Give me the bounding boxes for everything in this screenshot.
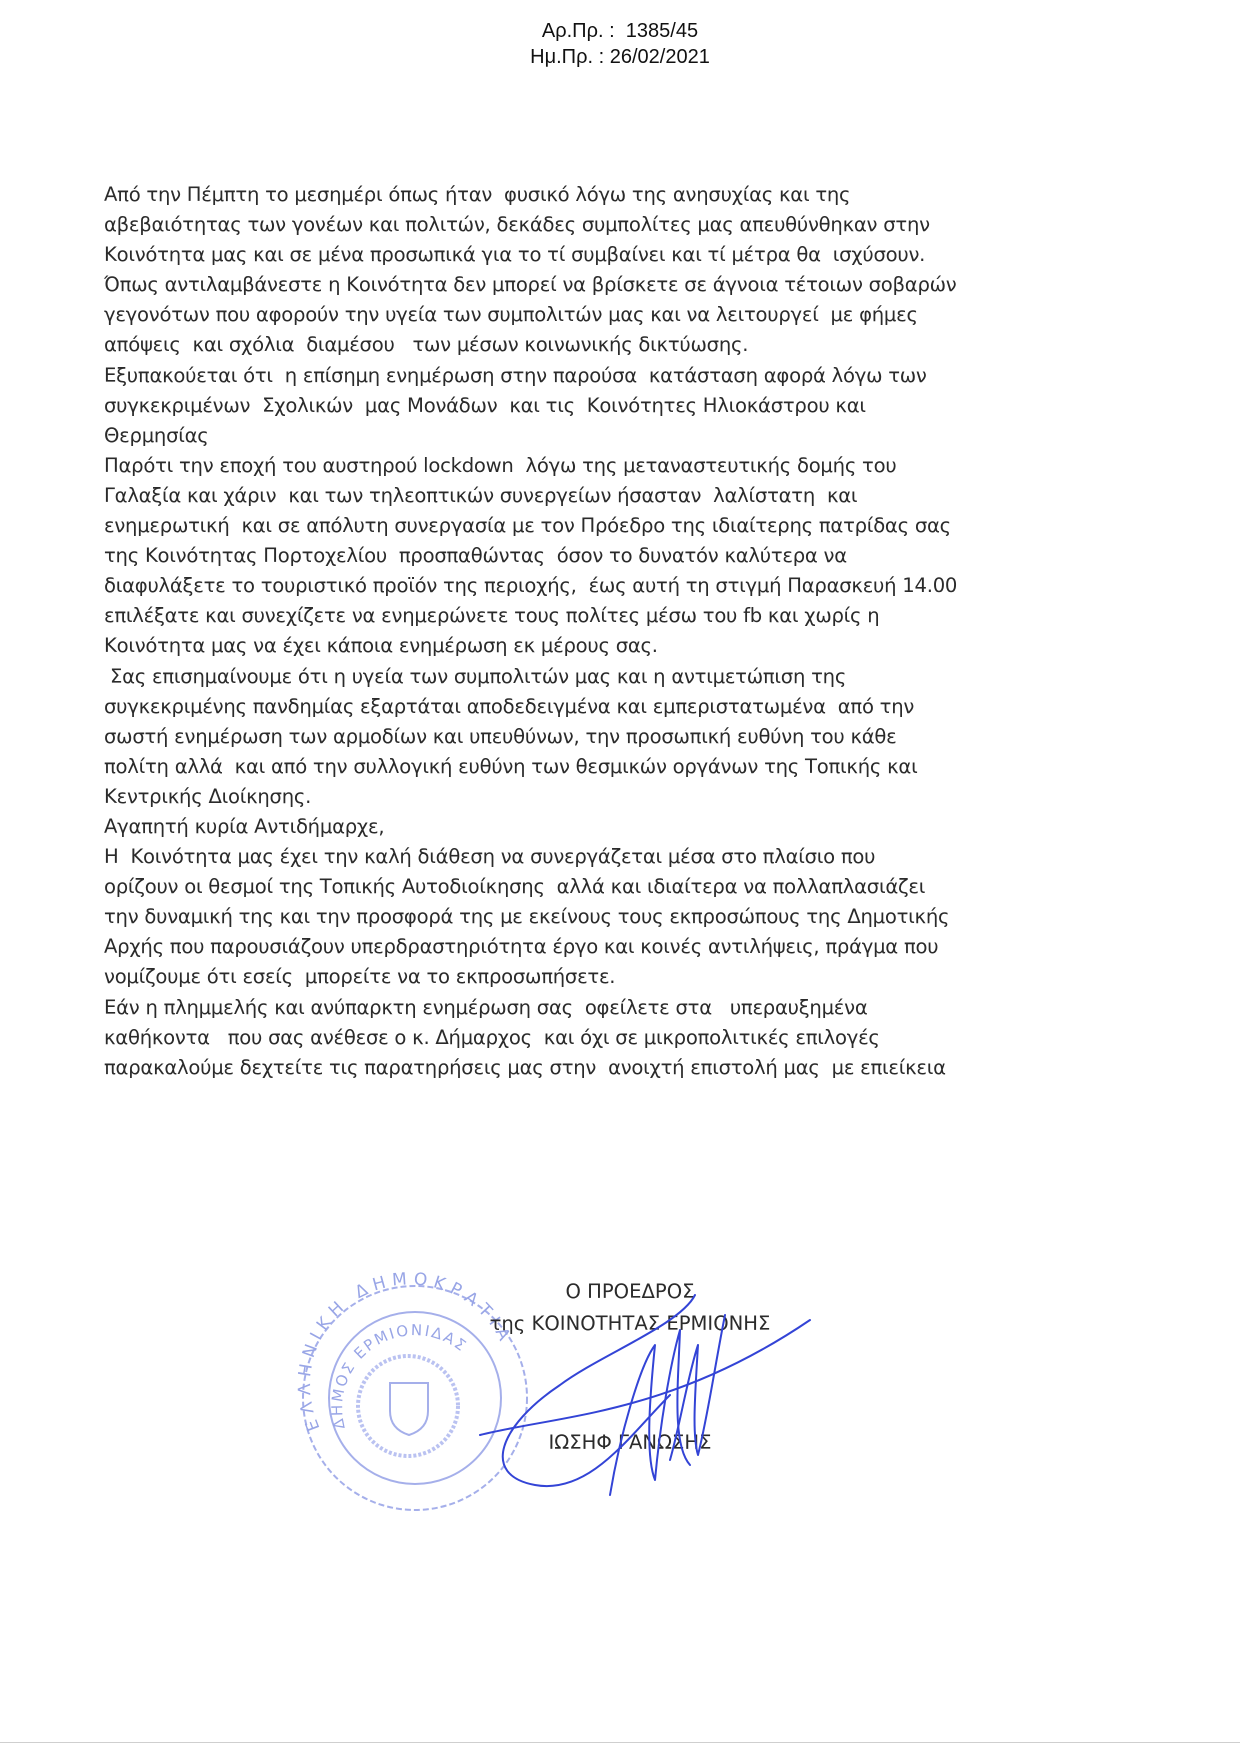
- body-line: πολίτη αλλά και από την συλλογική ευθύνη…: [104, 752, 1114, 782]
- body-line: Παρότι την εποχή του αυστηρού lockdown λ…: [104, 451, 1114, 481]
- protocol-date-row: Ημ.Πρ. : 26/02/2021: [470, 44, 770, 70]
- handwritten-signature-icon: [440, 1285, 820, 1505]
- body-line: Σας επισημαίνουμε ότι η υγεία των συμπολ…: [104, 662, 1114, 692]
- body-line: Εξυπακούεται ότι η επίσημη ενημέρωση στη…: [104, 361, 1114, 391]
- body-line: ενημερωτική και σε απόλυτη συνεργασία με…: [104, 511, 1114, 541]
- protocol-date: 26/02/2021: [610, 46, 710, 68]
- body-line: νομίζουμε ότι εσείς μπορείτε να το εκπρο…: [104, 962, 1114, 992]
- body-line: διαφυλάξετε το τουριστικό προϊόν της περ…: [104, 571, 1114, 601]
- body-line: αβεβαιότητας των γονέων και πολιτών, δεκ…: [104, 210, 1114, 240]
- protocol-date-label: Ημ.Πρ. :: [530, 46, 604, 68]
- body-line: απόψεις και σχόλια διαμέσου των μέσων κο…: [104, 330, 1114, 360]
- body-line: Θερμησίας: [104, 421, 1114, 451]
- body-line: Κοινότητα μας και σε μένα προσωπικά για …: [104, 240, 1114, 270]
- body-line: την δυναμική της και την προσφορά της με…: [104, 902, 1114, 932]
- body-line: συγκεκριμένης πανδημίας εξαρτάται αποδεδ…: [104, 692, 1114, 722]
- body-line: παρακαλούμε δεχτείτε τις παρατηρήσεις μα…: [104, 1053, 1114, 1083]
- body-line: ορίζουν οι θεσμοί της Τοπικής Αυτοδιοίκη…: [104, 872, 1114, 902]
- body-line: καθήκοντα που σας ανέθεσε ο κ. Δήμαρχος …: [104, 1023, 1114, 1053]
- body-line: γεγονότων που αφορούν την υγεία των συμπ…: [104, 300, 1114, 330]
- body-line: Κεντρικής Διοίκησης.: [104, 782, 1114, 812]
- body-line: Από την Πέμπτη το μεσημέρι όπως ήταν φυσ…: [104, 180, 1114, 210]
- body-line: Κοινότητα μας να έχει κάποια ενημέρωση ε…: [104, 631, 1114, 661]
- body-line: Γαλαξία και χάριν και των τηλεοπτικών συ…: [104, 481, 1114, 511]
- protocol-reference: Αρ.Πρ. : 1385/45 Ημ.Πρ. : 26/02/2021: [470, 18, 770, 70]
- body-line: Η Κοινότητα μας έχει την καλή διάθεση να…: [104, 842, 1114, 872]
- body-line: Αρχής που παρουσιάζουν υπερδραστηριότητα…: [104, 932, 1114, 962]
- body-line: Όπως αντιλαμβάνεστε η Κοινότητα δεν μπορ…: [104, 270, 1114, 300]
- body-line: επιλέξατε και συνεχίζετε να ενημερώνετε …: [104, 601, 1114, 631]
- greeting-line: Αγαπητή κυρία Αντιδήμαρχε,: [104, 812, 1114, 842]
- protocol-number-row: Αρ.Πρ. : 1385/45: [470, 18, 770, 44]
- page-edge-divider: [0, 1742, 1240, 1743]
- protocol-number: 1385/45: [626, 20, 698, 42]
- body-line: συγκεκριμένων Σχολικών μας Μονάδων και τ…: [104, 391, 1114, 421]
- body-line: σωστή ενημέρωση των αρμοδίων και υπευθύν…: [104, 722, 1114, 752]
- letter-body: Από την Πέμπτη το μεσημέρι όπως ήταν φυσ…: [104, 180, 1114, 1083]
- protocol-number-label: Αρ.Πρ. :: [542, 20, 615, 42]
- body-line: της Κοινότητας Πορτοχελίου προσπαθώντας …: [104, 541, 1114, 571]
- body-line: Εάν η πλημμελής και ανύπαρκτη ενημέρωση …: [104, 993, 1114, 1023]
